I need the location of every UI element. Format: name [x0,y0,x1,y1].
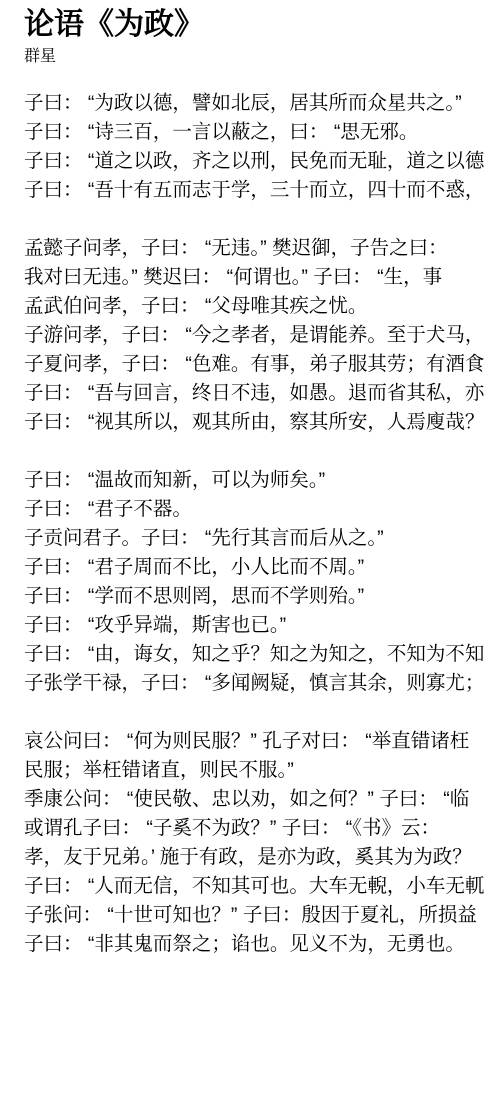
document-body: 子曰： “为政以德，譬如北辰，居其所而众星共之。”子曰： “诗三百，一言以蔽之，… [24,89,500,959]
text-line: 子曰： “攻乎异端，斯害也已。” [24,611,500,640]
text-line: 子曰： “君子不器。 [24,495,500,524]
text-line: 子张学干禄，子曰： “多闻阙疑，慎言其余，则寡尤； [24,669,500,698]
paragraph: 子曰： “为政以德，譬如北辰，居其所而众星共之。”子曰： “诗三百，一言以蔽之，… [24,89,500,205]
text-line: 或谓孔子曰： “子奚不为政？” 子曰： “《书》云： [24,814,500,843]
text-line: 子曰： “温故而知新，可以为师矣。” [24,466,500,495]
text-line: 孝，友于兄弟。’ 施于有政，是亦为政，奚其为为政？ [24,843,500,872]
text-line: 子夏问孝，子曰： “色难。有事，弟子服其劳；有酒食 [24,350,500,379]
page-title: 论语《为政》 [24,6,500,44]
paragraph: 孟懿子问孝，子曰： “无违。” 樊迟御，子告之曰：我对曰无违。” 樊迟曰： “何… [24,234,500,437]
author-line: 群星 [24,46,500,68]
text-line: 子曰： “由，诲女，知之乎？知之为知之，不知为不知 [24,640,500,669]
text-line: 子曰： “吾与回言，终日不违，如愚。退而省其私，亦 [24,379,500,408]
text-line: 子曰： “学而不思则罔，思而不学则殆。” [24,582,500,611]
text-line: 孟懿子问孝，子曰： “无违。” 樊迟御，子告之曰： [24,234,500,263]
text-line: 我对曰无违。” 樊迟曰： “何谓也。” 子曰： “生，事 [24,263,500,292]
text-line: 子曰： “为政以德，譬如北辰，居其所而众星共之。” [24,89,500,118]
text-line: 子张问： “十世可知也？” 子曰：殷因于夏礼，所损益 [24,901,500,930]
document-page: 论语《为政》 群星 子曰： “为政以德，譬如北辰，居其所而众星共之。”子曰： “… [0,0,500,1120]
text-line: 子曰： “诗三百，一言以蔽之，曰： “思无邪。 [24,118,500,147]
paragraph: 哀公问曰： “何为则民服？” 孔子对曰： “举直错诸枉民服；举枉错诸直，则民不服… [24,727,500,959]
text-line: 孟武伯问孝，子曰： “父母唯其疾之忧。 [24,292,500,321]
text-line: 哀公问曰： “何为则民服？” 孔子对曰： “举直错诸枉 [24,727,500,756]
text-line: 民服；举枉错诸直，则民不服。” [24,756,500,785]
text-line: 子曰： “道之以政，齐之以刑，民免而无耻，道之以德 [24,147,500,176]
text-line: 子曰： “君子周而不比，小人比而不周。” [24,553,500,582]
text-line: 子游问孝，子曰： “今之孝者，是谓能养。至于犬马， [24,321,500,350]
text-line: 子曰： “人而无信，不知其可也。大车无輗，小车无軏 [24,872,500,901]
paragraph: 子曰： “温故而知新，可以为师矣。”子曰： “君子不器。子贡问君子。子曰： “先… [24,466,500,698]
text-line: 子曰： “吾十有五而志于学，三十而立，四十而不惑， [24,176,500,205]
text-line: 季康公问： “使民敬、忠以劝，如之何？” 子曰： “临 [24,785,500,814]
text-line: 子贡问君子。子曰： “先行其言而后从之。” [24,524,500,553]
text-line: 子曰： “视其所以，观其所由，察其所安，人焉廋哉？ [24,408,500,437]
text-line: 子曰： “非其鬼而祭之；谄也。见义不为，无勇也。 [24,930,500,959]
